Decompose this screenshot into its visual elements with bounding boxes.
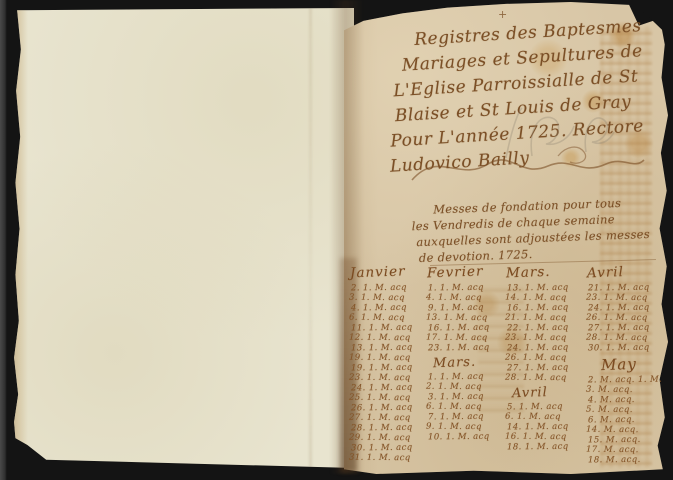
column-fevrier: Fevrier 1. 1. M. acq4. 1. M. acq9. 1. M.… [427,264,504,472]
register-entry: 16. 1. M. acq [428,323,505,334]
register-entry: 3. 1. M. acq [349,293,424,304]
register-entry: 2. M. acq. 1. M. [588,375,665,386]
entry-list: 21. 1. M. acq23. 1. M. acq24. 1. M. acq2… [587,283,664,353]
entry-list: 5. 1. M. acq6. 1. M. acq14. 1. M. acq16.… [506,402,585,452]
register-entry: 23. 1. M. acq [428,343,505,354]
register-entry: 3. 1. M. acq [428,392,505,403]
register-entry: 19. 1. M. acq [349,353,424,364]
register-entry: 15. M. acq. [588,435,665,446]
register-entry: 2. 1. M. acq [351,283,426,294]
month-header-avril: Avril [587,263,665,282]
register-entry: 23. 1. M. acq [349,373,424,384]
entry-list: 1. 1. M. acq4. 1. M. acq9. 1. M. acq13. … [427,283,504,353]
register-columns: Janvier 2. 1. M. acq3. 1. M. acq4. 1. M.… [348,264,664,472]
month-subheader-avril: Avril [512,384,585,402]
month-subheader-may: May [601,354,665,374]
register-entry: 19. 1. M. acq [351,363,426,374]
cross-mark: + [498,8,507,21]
register-entry: 6. M. acq. [588,415,665,426]
register-entry: 12. 1. M. acq [349,333,424,344]
month-subheader-mars: Mars. [433,354,504,371]
page-crease [309,8,312,468]
register-entry: 1. 1. M. acq [428,283,505,294]
column-janvier: Janvier 2. 1. M. acq3. 1. M. acq4. 1. M.… [350,264,425,472]
note-block: Messes de fondation pour tous les Vendre… [407,194,659,267]
book-binding-edge [0,0,7,480]
register-entry: 6. 1. M. acq [349,313,424,324]
manuscript-scan: + Registres des Baptesmes Mariages et Se… [0,0,673,480]
register-entry: 11. 1. M. acq [351,323,426,334]
register-entry: 28. 1. M. acq [351,423,426,434]
register-entry: 25. 1. M. acq [349,393,424,404]
register-entry: 30. 1. M. acq [351,443,426,454]
register-entry: 27. 1. M. acq [349,413,424,424]
register-entry: 24. 1. M. acq [588,303,665,314]
month-header-mars: Mars. [506,263,585,282]
register-entry: 18. 1. M. acq [507,442,586,453]
register-entry: 29. 1. M. acq [349,433,424,444]
register-entry: 24. 1. M. acq [351,383,426,394]
column-avril: Avril 21. 1. M. acq23. 1. M. acq24. 1. M… [587,264,664,472]
ink-flourish [408,142,648,188]
register-entry: 9. 1. M. acq [428,303,505,314]
register-entry: 4. 1. M. acq [351,303,426,314]
register-entry: 27. 1. M. acq [588,323,665,334]
month-header-janvier: Janvier [350,263,426,282]
register-entry: 30. 1. M. acq [588,343,665,354]
register-entry: 13. 1. M. acq [351,343,426,354]
register-entry: 21. 1. M. acq [588,283,665,294]
register-entry: 1. 1. M. acq [428,372,505,383]
blank-left-page [12,8,354,468]
register-entry: 7. 1. M. acq [428,412,505,423]
column-mars: Mars. 13. 1. M. acq14. 1. M. acq16. 1. M… [506,264,585,472]
month-header-fevrier: Fevrier [427,263,505,282]
entry-list: 2. 1. M. acq3. 1. M. acq4. 1. M. acq6. 1… [350,283,425,463]
register-entry: 28. 1. M. acq [505,373,584,384]
register-entry: 18. M. acq. [588,455,665,466]
register-entry: 4. M. acq. [588,395,665,406]
register-entry: 10. 1. M. acq [428,432,505,443]
register-entry: 26. 1. M. acq [351,403,426,414]
entry-list: 2. M. acq. 1. M.3. M. acq.4. M. acq.5. M… [587,375,664,465]
entry-list: 1. 1. M. acq2. 1. M. acq3. 1. M. acq6. 1… [427,372,504,442]
register-entry: 31. 1. M. acq [349,453,424,464]
entry-list: 13. 1. M. acq14. 1. M. acq16. 1. M. acq2… [506,283,585,383]
